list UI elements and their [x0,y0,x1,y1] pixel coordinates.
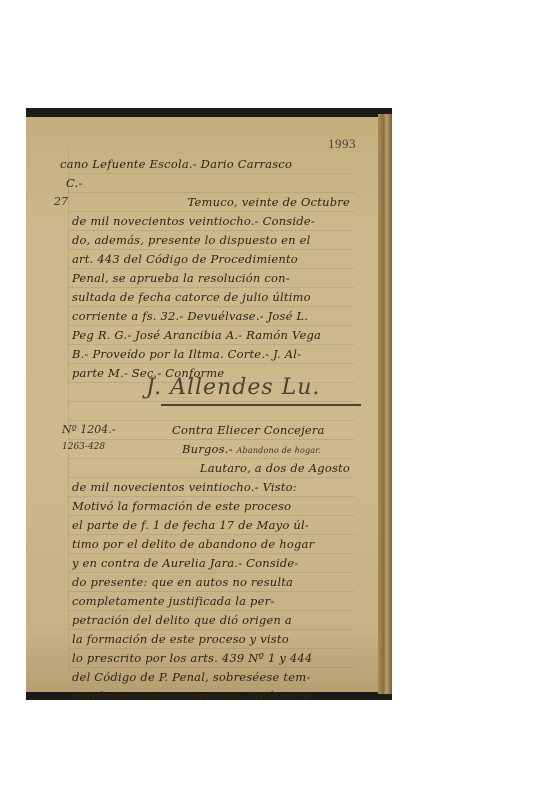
text-line: el parte de f. 1 de fecha 17 de Mayo úl- [72,518,350,532]
rule-line [68,610,354,611]
rule-line [68,648,354,649]
rule-line [68,591,354,592]
case-offense-note: Abandono de hogar. [237,446,322,455]
text-line: do, además, presente lo dispuesto en el [72,233,350,247]
text-line: del Código de P. Penal, sobreséese tem- [72,670,350,684]
rule-line [68,287,354,288]
signature: J. Allendes Lu. [146,375,320,400]
text-line: completamente justificada la per- [72,594,350,608]
text-line: C.- [66,176,350,190]
rule-line [68,268,354,269]
rule-line [68,363,354,364]
rule-line [68,211,354,212]
rule-line [68,344,354,345]
text-line: Motivó la formación de este proceso [72,499,350,513]
text-line: de mil novecientos veintiocho.- Visto: [72,480,350,494]
text-line: corriente a fs. 32.- Devuélvase.- José L… [72,309,350,323]
text-line: timo por el delito de abandono de hogar [72,537,350,551]
rule-line [68,325,354,326]
rule-line [68,629,354,630]
text-line: lo prescrito por los arts. 439 Nº 1 y 44… [72,651,350,665]
rule-line [68,667,354,668]
case-reference: 1263-428 [62,442,105,452]
rule-line [68,249,354,250]
rule-line [68,173,354,174]
rule-line [68,401,354,402]
rule-line [68,553,354,554]
ledger-photo: 1993 cano Lefuente Escola.- Dario Carras… [26,108,392,700]
rule-line [68,192,354,193]
text-line: do presente: que en autos no resulta [72,575,350,589]
text-line: petración del delito que dió origen a [72,613,350,627]
text-line: cano Lefuente Escola.- Dario Carrasco [60,157,350,171]
case-defendant: Burgos.- [182,442,233,456]
text-line: Peg R. G.- José Arancibia A.- Ramón Vega [72,328,350,342]
rule-line [68,439,354,440]
page-edge-stack [378,114,392,694]
text-line: y en contra de Aurelia Jara.- Conside- [72,556,350,570]
rule-line [68,534,354,535]
rule-line [68,572,354,573]
text-line: Temuco, veinte de Octubre [72,195,350,209]
rule-line [68,477,354,478]
rule-line [68,230,354,231]
case-title: Contra Eliecer Concejera [172,423,350,437]
ledger-page: 1993 cano Lefuente Escola.- Dario Carras… [26,117,384,692]
signature-underline [161,404,361,406]
rule-line [68,496,354,497]
text-line: poralmente en este proceso.- Anótese y [72,689,350,700]
rule-line [68,306,354,307]
margin-line [68,147,69,672]
rule-line [68,420,354,421]
text-line: la formación de este proceso y visto [72,632,350,646]
entry-number: 27 [54,195,68,208]
rule-line [68,515,354,516]
page-number: 1993 [328,136,356,152]
text-line: B.- Proveído por la Iltma. Corte.- J. Al… [72,347,350,361]
text-line: Lautaro, a dos de Agosto [72,461,350,475]
rule-line [68,458,354,459]
case-title-line-2: Burgos.- Abandono de hogar. [182,442,350,456]
text-line: Penal, se aprueba la resolución con- [72,271,350,285]
text-line: sultada de fecha catorce de julio último [72,290,350,304]
text-line: art. 443 del Código de Procedimiento [72,252,350,266]
case-number: Nº 1204.- [62,423,116,436]
text-line: de mil novecientos veintiocho.- Conside- [72,214,350,228]
